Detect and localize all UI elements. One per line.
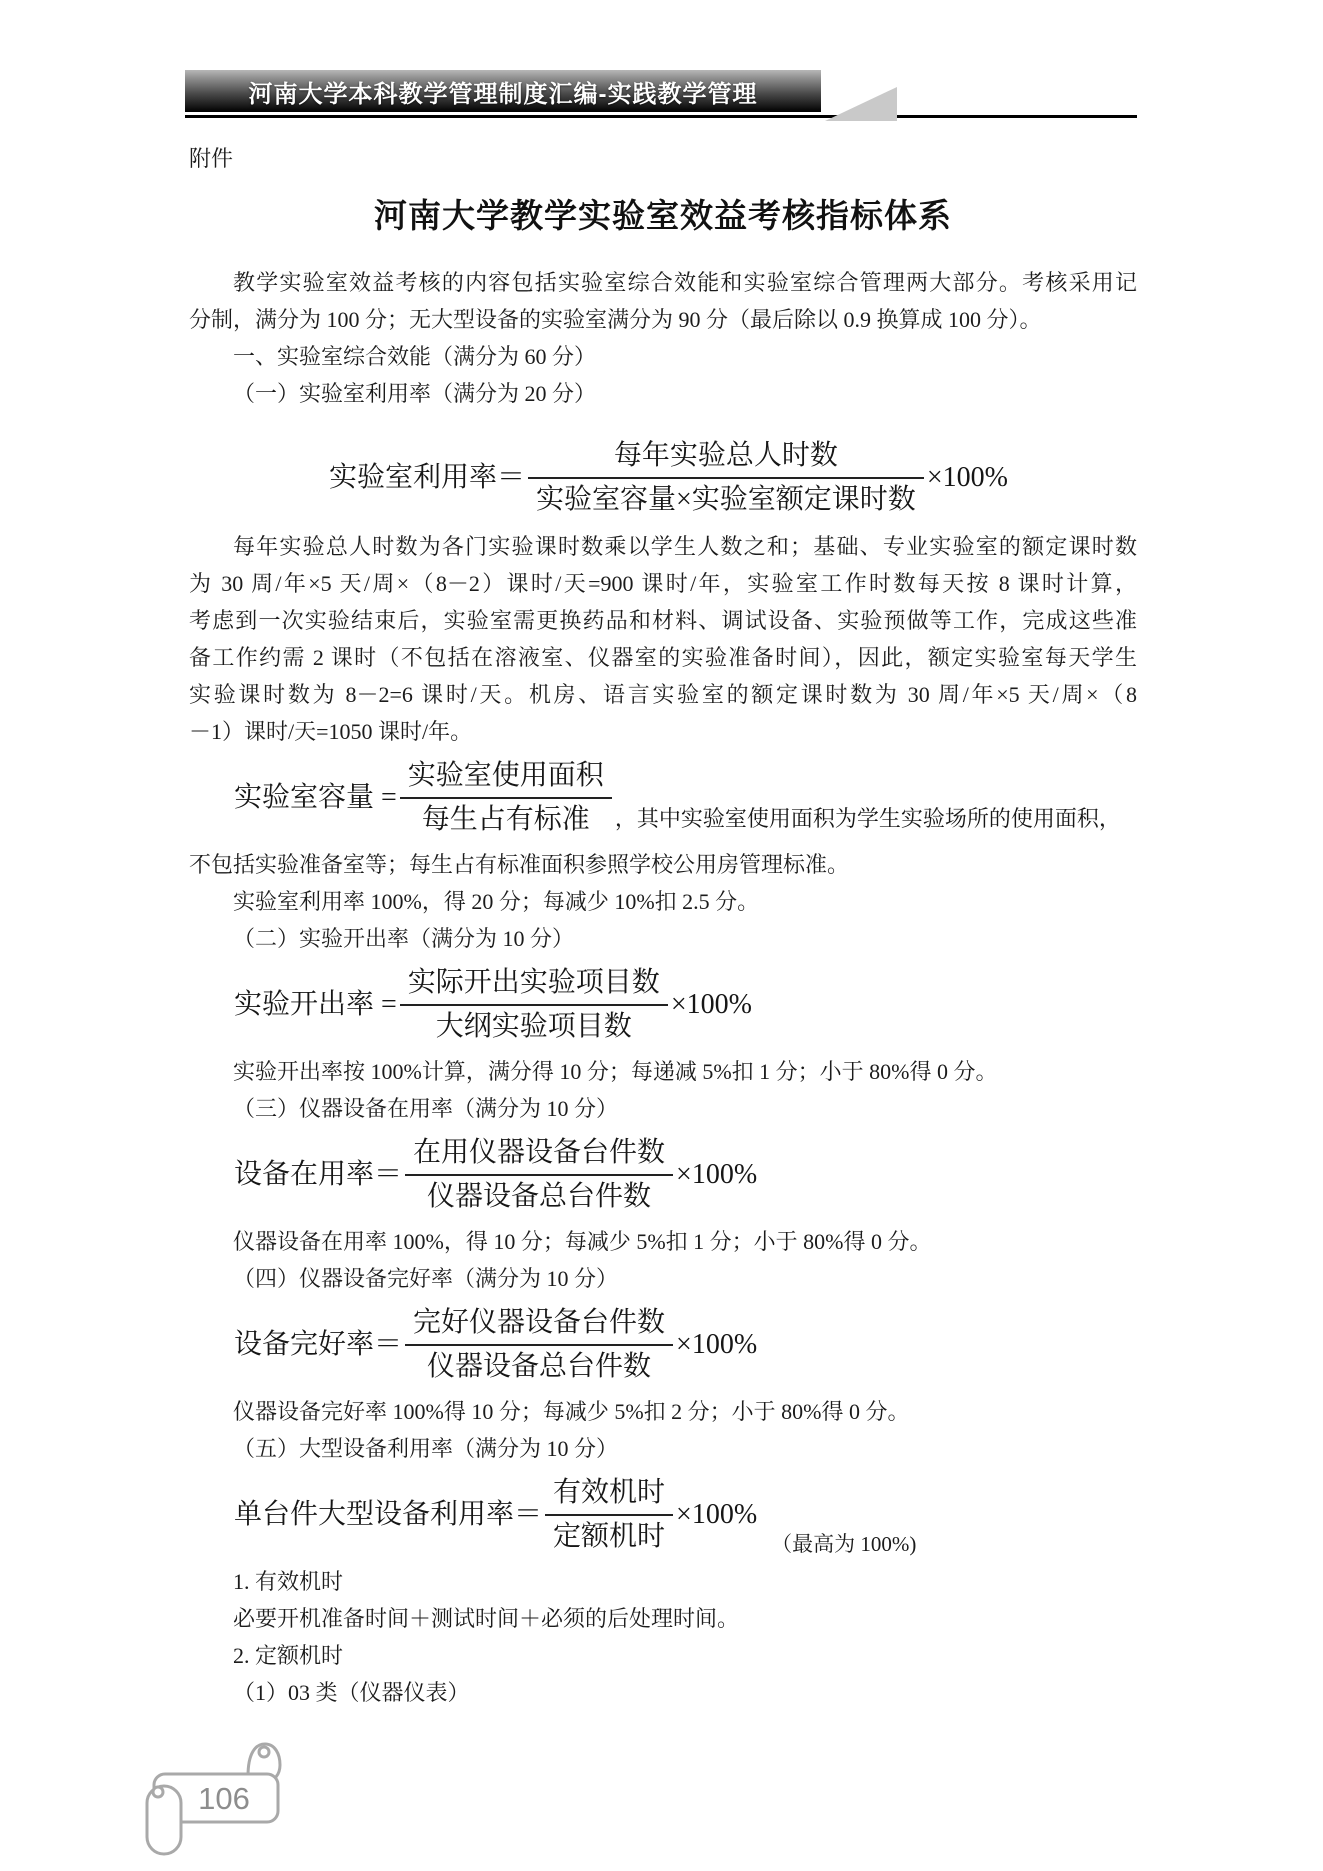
page-number: 106 [198, 1781, 250, 1816]
formula-lab-utilization-numerator: 每年实验总人时数 [528, 438, 924, 479]
section1-sub2-heading: （二）实验开出率（满分为 10 分） [189, 920, 1137, 957]
formula-offering-rhs: ×100% [671, 986, 752, 1024]
attachment-label: 附件 [189, 142, 1137, 176]
formula-lab-utilization-lhs: 实验室利用率＝ [329, 459, 525, 497]
formula-intact-numerator: 完好仪器设备台件数 [405, 1305, 673, 1346]
scroll-left-roll [147, 1786, 181, 1854]
formula-intact-denominator: 仪器设备总台件数 [405, 1346, 673, 1385]
paragraph-line: 每年实验总人时数为各门实验课时数乘以学生人数之和；基础、专业实验室的额定课时数 [189, 528, 1137, 565]
formula-inuse-denominator: 仪器设备总台件数 [405, 1176, 673, 1215]
paragraph-line: 分制，满分为 100 分；无大型设备的实验室满分为 90 分（最后除以 0.9 … [189, 301, 1137, 338]
formula-lab-utilization-rhs: ×100% [927, 459, 1008, 497]
formula-intact-rhs: ×100% [676, 1326, 757, 1364]
paragraph-inuse-score: 仪器设备在用率 100%，得 10 分；每减少 5%扣 1 分；小于 80%得 … [189, 1223, 1137, 1260]
formula-lab-capacity-fraction: 实验室使用面积 每生占有标准 [400, 758, 612, 838]
formula-large-rhs: ×100% [676, 1496, 757, 1534]
formula-lab-capacity-numerator: 实验室使用面积 [400, 758, 612, 799]
section1-heading: 一、实验室综合效能（满分为 60 分） [189, 338, 1137, 375]
formula-large-max-note: （最高为 100%) [771, 1529, 916, 1559]
formula-large-fraction: 有效机时 定额机时 [545, 1475, 673, 1555]
formula-large-equipment-utilization: 单台件大型设备利用率＝ 有效机时 定额机时 ×100% （最高为 100%) [234, 1475, 1137, 1555]
paragraph-line: 为 30 周/年×5 天/周×（8－2）课时/天=900 课时/年，实验室工作时… [189, 565, 1137, 602]
section1-sub1-heading: （一）实验室利用率（满分为 20 分） [189, 375, 1137, 412]
paragraph-line: －1）课时/天=1050 课时/年。 [189, 713, 1137, 750]
scroll-icon: 106 [128, 1734, 296, 1866]
section1-sub4-heading: （四）仪器设备完好率（满分为 10 分） [189, 1260, 1137, 1297]
paragraph-offering-score: 实验开出率按 100%计算，满分得 10 分；每递减 5%扣 1 分；小于 80… [189, 1053, 1137, 1090]
scroll-right-curl-center [259, 1747, 269, 1757]
paragraph-intact-score: 仪器设备完好率 100%得 10 分；每减少 5%扣 2 分；小于 80%得 0… [189, 1393, 1137, 1430]
formula-large-lhs: 单台件大型设备利用率＝ [234, 1496, 542, 1534]
intro-paragraph: 教学实验室效益考核的内容包括实验室综合效能和实验室综合管理两大部分。考核采用记分… [189, 264, 1137, 338]
formula-lab-capacity-lhs: 实验室容量 = [234, 779, 397, 817]
paragraph-line: 考虑到一次实验结束后，实验室需更换药品和材料、调试设备、实验预做等工作，完成这些… [189, 602, 1137, 639]
item-2-sub-1-category03: （1）03 类（仪器仪表） [189, 1674, 1137, 1711]
formula-lab-capacity-tail-text: ，其中实验室使用面积为学生实验场所的使用面积， [615, 802, 1121, 838]
paragraph-capacity-continued: 不包括实验准备室等；每生占有标准面积参照学校公用房管理标准。 [189, 846, 1137, 883]
paragraph-line: 教学实验室效益考核的内容包括实验室综合效能和实验室综合管理两大部分。考核采用记 [189, 264, 1137, 301]
formula-offering-denominator: 大纲实验项目数 [400, 1006, 668, 1045]
document-title: 河南大学教学实验室效益考核指标体系 [189, 192, 1137, 240]
formula-lab-utilization-denominator: 实验室容量×实验室额定课时数 [528, 479, 924, 518]
formula-offering-numerator: 实际开出实验项目数 [400, 965, 668, 1006]
formula-inuse-lhs: 设备在用率＝ [234, 1156, 402, 1194]
section1-sub5-heading: （五）大型设备利用率（满分为 10 分） [189, 1430, 1137, 1467]
formula-offering-fraction: 实际开出实验项目数 大纲实验项目数 [400, 965, 668, 1045]
formula-equipment-intact-rate: 设备完好率＝ 完好仪器设备台件数 仪器设备总台件数 ×100% [234, 1305, 1137, 1385]
formula-intact-lhs: 设备完好率＝ [234, 1326, 402, 1364]
formula-lab-capacity: 实验室容量 = 实验室使用面积 每生占有标准 ，其中实验室使用面积为学生实验场所… [234, 758, 1137, 838]
paragraph-line: 备工作约需 2 课时（不包括在溶液室、仪器室的实验准备时间），因此，额定实验室每… [189, 639, 1137, 676]
formula-lab-utilization: 实验室利用率＝ 每年实验总人时数 实验室容量×实验室额定课时数 ×100% [329, 438, 1137, 518]
formula-intact-fraction: 完好仪器设备台件数 仪器设备总台件数 [405, 1305, 673, 1385]
item-2-quota-machine-hours: 2. 定额机时 [189, 1637, 1137, 1674]
formula-lab-utilization-fraction: 每年实验总人时数 实验室容量×实验室额定课时数 [528, 438, 924, 518]
formula-large-numerator: 有效机时 [545, 1475, 673, 1516]
formula-inuse-numerator: 在用仪器设备台件数 [405, 1135, 673, 1176]
formula-equipment-inuse-rate: 设备在用率＝ 在用仪器设备台件数 仪器设备总台件数 ×100% [234, 1135, 1137, 1215]
formula-inuse-fraction: 在用仪器设备台件数 仪器设备总台件数 [405, 1135, 673, 1215]
document-page: 河南大学本科教学管理制度汇编-实践教学管理 附件 河南大学教学实验室效益考核指标… [0, 0, 1323, 1871]
section1-sub3-heading: （三）仪器设备在用率（满分为 10 分） [189, 1090, 1137, 1127]
paragraph-annual-hours: 每年实验总人时数为各门实验课时数乘以学生人数之和；基础、专业实验室的额定课时数为… [189, 528, 1137, 750]
item-1-valid-machine-hours: 1. 有效机时 [189, 1563, 1137, 1600]
formula-offering-lhs: 实验开出率 = [234, 986, 397, 1024]
header-banner: 河南大学本科教学管理制度汇编-实践教学管理 [185, 70, 821, 112]
paragraph-utilization-score: 实验室利用率 100%，得 20 分；每减少 10%扣 2.5 分。 [189, 883, 1137, 920]
footer-scroll-decoration: 106 [128, 1734, 296, 1871]
header-banner-title: 河南大学本科教学管理制度汇编-实践教学管理 [249, 74, 758, 109]
formula-large-denominator: 定额机时 [545, 1516, 673, 1555]
page-content: 河南大学本科教学管理制度汇编-实践教学管理 附件 河南大学教学实验室效益考核指标… [0, 70, 1323, 1711]
paragraph-line: 实验课时数为 8－2=6 课时/天。机房、语言实验室的额定课时数为 30 周/年… [189, 676, 1137, 713]
formula-experiment-offering-rate: 实验开出率 = 实际开出实验项目数 大纲实验项目数 ×100% [234, 965, 1137, 1045]
paragraph-valid-machine-hours: 必要开机准备时间＋测试时间＋必须的后处理时间。 [189, 1600, 1137, 1637]
formula-lab-capacity-denominator: 每生占有标准 [400, 799, 612, 838]
header-rule [185, 115, 1137, 118]
scroll-left-roll-center [153, 1787, 163, 1797]
formula-inuse-rhs: ×100% [676, 1156, 757, 1194]
